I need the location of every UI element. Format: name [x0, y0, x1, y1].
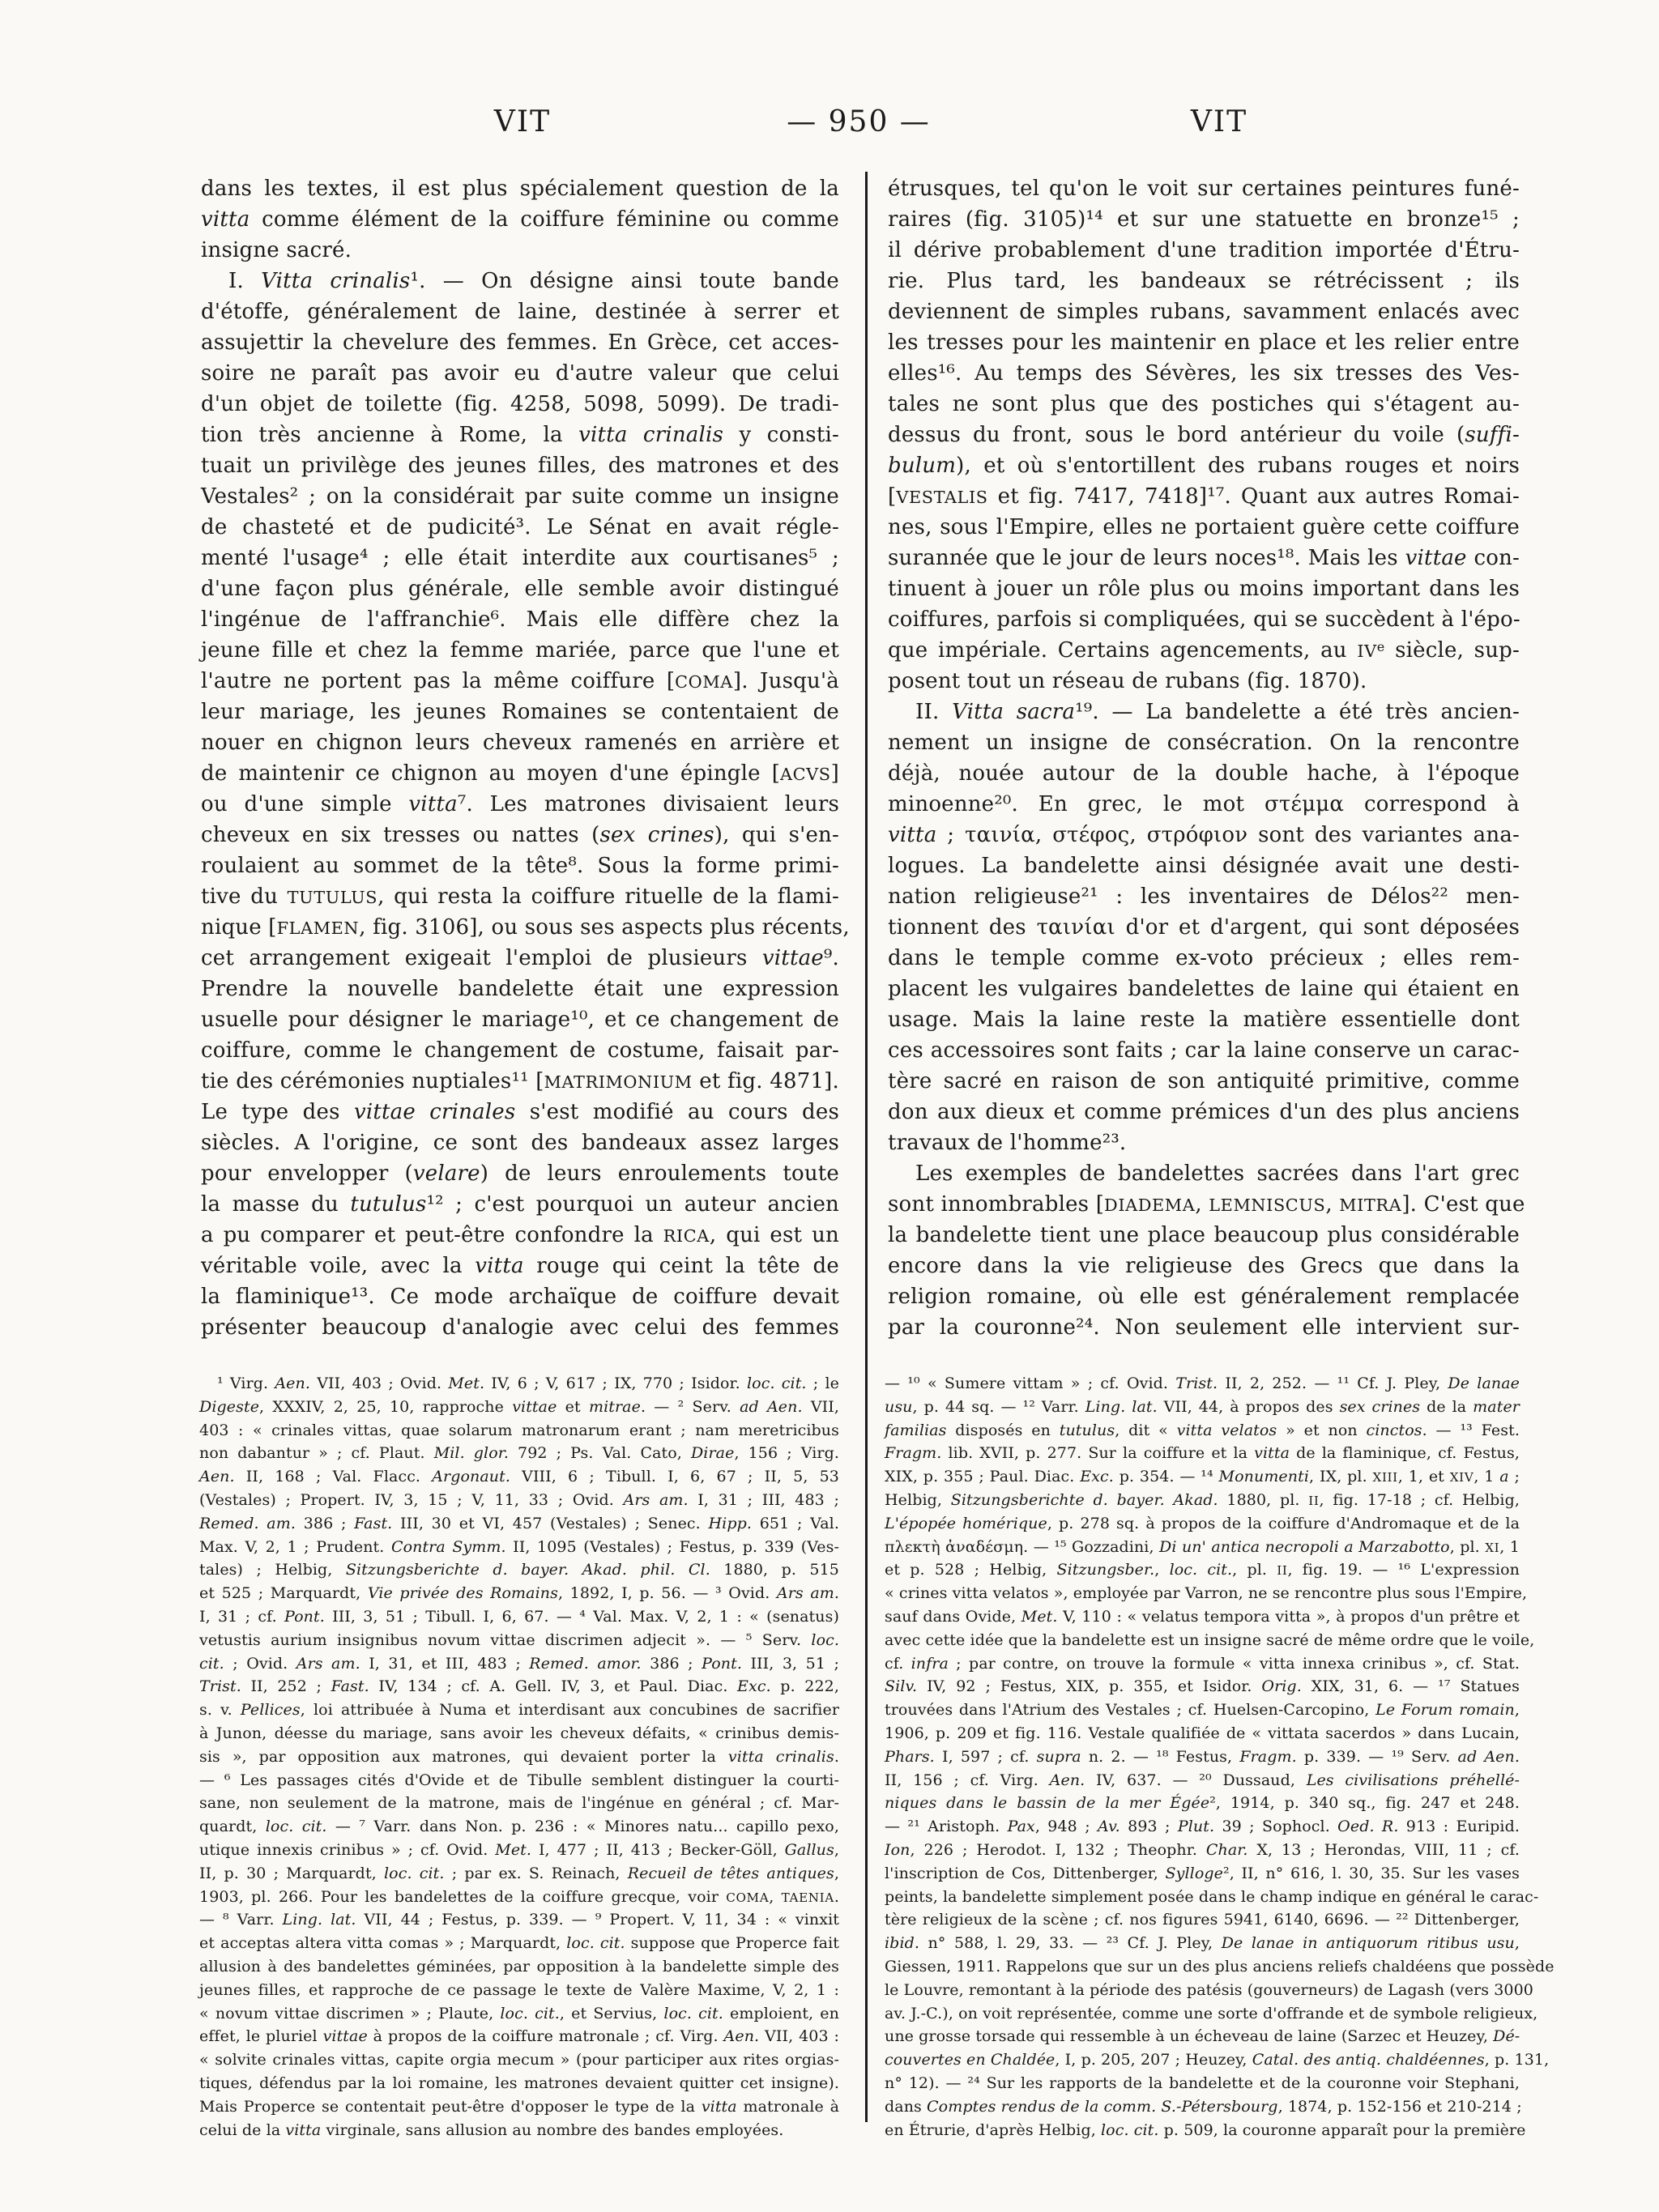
- text-line: allusion à des bandelettes géminées, par…: [199, 1955, 839, 1979]
- text-line: et 525 ; Marquardt, Vie privée des Romai…: [199, 1582, 839, 1605]
- text-line: la masse du tutulus¹² ; c'est pourquoi u…: [201, 1189, 839, 1220]
- text-line: Trist. II, 252 ; Fast. IV, 134 ; cf. A. …: [199, 1675, 839, 1698]
- text-line: 1906, p. 209 et fig. 116. Vestale qualif…: [885, 1722, 1520, 1745]
- text-line: Fragm. lib. XVII, p. 277. Sur la coiffur…: [885, 1442, 1520, 1465]
- text-line: en Étrurie, d'après Helbig, loc. cit. p.…: [885, 2119, 1520, 2142]
- text-line: Giessen, 1911. Rappelons que sur un des …: [885, 1955, 1520, 1979]
- running-title-right: VIT: [1146, 105, 1292, 139]
- text-line: tion très ancienne à Rome, la vitta crin…: [201, 420, 839, 450]
- text-line: d'étoffe, généralement de laine, destiné…: [201, 296, 839, 327]
- text-line: usu, p. 44 sq. — ¹² Varr. Ling. lat. VII…: [885, 1396, 1520, 1419]
- text-line: I. Vitta crinalis¹. — On désigne ainsi t…: [201, 266, 839, 296]
- text-line: tiques, défendus par la loi romaine, les…: [199, 2072, 839, 2095]
- text-line: L'épopée homérique, p. 278 sq. à propos …: [885, 1512, 1520, 1536]
- text-line: d'un objet de toilette (fig. 4258, 5098,…: [201, 389, 839, 420]
- text-line: II, p. 30 ; Marquardt, loc. cit. ; par e…: [199, 1862, 839, 1886]
- text-line: siècles. A l'origine, ce sont des bandea…: [201, 1127, 839, 1158]
- text-line: deviennent de simples rubans, savamment …: [888, 296, 1520, 327]
- text-line: sauf dans Ovide, Met. V, 110 : « velatus…: [885, 1605, 1520, 1629]
- text-line: 403 : « crinales vittas, quae solarum ma…: [199, 1419, 839, 1443]
- text-line: logues. La bandelette ainsi désignée ava…: [888, 850, 1520, 881]
- text-line: le Louvre, remontant à la période des pa…: [885, 1979, 1520, 2002]
- text-line: cf. infra ; par contre, on trouve la for…: [885, 1652, 1520, 1676]
- text-line: dans les textes, il est plus spécialemen…: [201, 173, 839, 204]
- body-column-right: étrusques, tel qu'on le voit sur certain…: [888, 173, 1520, 1343]
- text-line: dans Comptes rendus de la comm. S.-Péter…: [885, 2095, 1520, 2119]
- text-line: quardt, loc. cit. — ⁷ Varr. dans Non. p.…: [199, 1815, 839, 1839]
- text-line: posent tout un réseau de rubans (fig. 18…: [888, 666, 1520, 697]
- text-line: Remed. am. 386 ; Fast. III, 30 et VI, 45…: [199, 1512, 839, 1536]
- text-line: Le type des vittae crinales s'est modifi…: [201, 1097, 839, 1127]
- text-line: usage. Mais la laine reste la matière es…: [888, 1004, 1520, 1035]
- text-line: et acceptas altera vitta comas » ; Marqu…: [199, 1932, 839, 1955]
- text-line: coiffure, comme le changement de costume…: [201, 1035, 839, 1066]
- text-line: Les exemples de bandelettes sacrées dans…: [888, 1158, 1520, 1189]
- text-line: et p. 528 ; Helbig, Sitzungsber., loc. c…: [885, 1558, 1520, 1582]
- text-line: présenter beaucoup d'analogie avec celui…: [201, 1312, 839, 1343]
- text-line: ces accessoires sont faits ; car la lain…: [888, 1035, 1520, 1066]
- text-line: trouvées dans l'Atrium des Vestales ; cf…: [885, 1698, 1520, 1722]
- text-line: roulaient au sommet de la tête⁸. Sous la…: [201, 850, 839, 881]
- text-line: tales ne sont plus que des postiches qui…: [888, 389, 1520, 420]
- text-line: de chasteté et de pudicité³. Le Sénat en…: [201, 512, 839, 543]
- text-line: II. Vitta sacra¹⁹. — La bandelette a été…: [888, 697, 1520, 727]
- text-line: [VESTALIS et fig. 7417, 7418]¹⁷. Quant a…: [888, 481, 1520, 512]
- text-line: sane, non seulement de la matrone, mais …: [199, 1792, 839, 1815]
- text-line: elles¹⁶. Au temps des Sévères, les six t…: [888, 358, 1520, 389]
- text-line: la bandelette tient une place beaucoup p…: [888, 1220, 1520, 1251]
- text-line: n° 12). — ²⁴ Sur les rapports de la band…: [885, 2072, 1520, 2095]
- text-line: s. v. Pellices, loi attribuée à Numa et …: [199, 1698, 839, 1722]
- text-line: de maintenir ce chignon au moyen d'une é…: [201, 758, 839, 789]
- text-line: ou d'une simple vitta⁷. Les matrones div…: [201, 789, 839, 820]
- text-line: vitta comme élément de la coiffure fémin…: [201, 204, 839, 235]
- text-line: II, 156 ; cf. Virg. Aen. IV, 637. — ²⁰ D…: [885, 1769, 1520, 1792]
- text-line: tuait un privilège des jeunes filles, de…: [201, 450, 839, 481]
- text-line: tive du TUTULUS, qui resta la coiffure r…: [201, 881, 839, 912]
- text-line: pour envelopper (velare) de leurs enroul…: [201, 1158, 839, 1189]
- text-line: jeune fille et chez la femme mariée, par…: [201, 635, 839, 666]
- text-line: Helbig, Sitzungsberichte d. bayer. Akad.…: [885, 1489, 1520, 1512]
- text-line: Silv. IV, 92 ; Festus, XIX, p. 355, et I…: [885, 1675, 1520, 1698]
- text-line: jeunes filles, et rapproche de ce passag…: [199, 1979, 839, 2002]
- text-line: Prendre la nouvelle bandelette était une…: [201, 974, 839, 1004]
- text-line: 1903, pl. 266. Pour les bandelettes de l…: [199, 1886, 839, 1909]
- text-line: assujettir la chevelure des femmes. En G…: [201, 327, 839, 358]
- text-line: par la couronne²⁴. Non seulement elle in…: [888, 1312, 1520, 1343]
- text-line: tie des cérémonies nuptiales¹¹ [MATRIMON…: [201, 1066, 839, 1097]
- text-line: insigne sacré.: [201, 235, 839, 266]
- text-line: tinuent à jouer un rôle plus ou moins im…: [888, 573, 1520, 604]
- text-line: il dérive probablement d'une tradition i…: [888, 235, 1520, 266]
- text-line: dans le temple comme ex-voto précieux ; …: [888, 943, 1520, 974]
- text-line: cit. ; Ovid. Ars am. I, 31, et III, 483 …: [199, 1652, 839, 1676]
- text-line: d'une façon plus générale, elle semble a…: [201, 573, 839, 604]
- text-line: Digeste, XXXIV, 2, 25, 10, rapproche vit…: [199, 1396, 839, 1419]
- text-line: minoenne²⁰. En grec, le mot στέμμα corre…: [888, 789, 1520, 820]
- text-line: à Junon, déesse du mariage, sans avoir l…: [199, 1722, 839, 1745]
- text-line: « novum vittae discrimen » ; Plaute, loc…: [199, 2002, 839, 2026]
- text-line: non dabantur » ; cf. Plaut. Mil. glor. 7…: [199, 1442, 839, 1465]
- text-line: πλεκτὴ ἀναδέσμη. — ¹⁵ Gozzadini, Di un' …: [885, 1536, 1520, 1559]
- text-line: Mais Properce se contentait peut-être d'…: [199, 2095, 839, 2119]
- text-line: encore dans la vie religieuse des Grecs …: [888, 1251, 1520, 1281]
- text-line: Aen. II, 168 ; Val. Flacc. Argonaut. VII…: [199, 1465, 839, 1489]
- text-line: placent les vulgaires bandelettes de lai…: [888, 974, 1520, 1004]
- text-line: « solvite crinales vittas, capite orgia …: [199, 2048, 839, 2072]
- text-line: tales) ; Helbig, Sitzungsberichte d. bay…: [199, 1558, 839, 1582]
- text-line: « crines vitta velatos », employée par V…: [885, 1582, 1520, 1605]
- page-number: — 950 —: [749, 105, 968, 139]
- text-line: vetustis aurium insignibus novum vittae …: [199, 1629, 839, 1652]
- text-line: surannée que le jour de leurs noces¹⁸. M…: [888, 543, 1520, 573]
- text-line: — ⁶ Les passages cités d'Ovide et de Tib…: [199, 1769, 839, 1792]
- text-line: religion romaine, où elle est généraleme…: [888, 1281, 1520, 1312]
- text-line: tère religieux de la scène ; cf. nos fig…: [885, 1908, 1520, 1932]
- text-line: Max. V, 2, 1 ; Prudent. Contra Symm. II,…: [199, 1536, 839, 1559]
- text-line: peints, la bandelette simplement posée d…: [885, 1886, 1520, 1909]
- text-line: I, 31 ; cf. Pont. III, 3, 51 ; Tibull. I…: [199, 1605, 839, 1629]
- dictionary-page: VIT — 950 — VIT dans les textes, il est …: [0, 0, 1659, 2212]
- body-column-left: dans les textes, il est plus spécialemen…: [201, 173, 839, 1343]
- text-line: travaux de l'homme²³.: [888, 1127, 1520, 1158]
- text-line: — ⁸ Varr. Ling. lat. VII, 44 ; Festus, p…: [199, 1908, 839, 1932]
- text-line: l'autre ne portent pas la même coiffure …: [201, 666, 839, 697]
- text-line: bulum), et où s'entortillent des rubans …: [888, 450, 1520, 481]
- text-line: usuelle pour désigner le mariage¹⁰, et c…: [201, 1004, 839, 1035]
- text-line: don aux dieux et comme prémices d'un des…: [888, 1097, 1520, 1127]
- text-line: dessus du front, sous le bord antérieur …: [888, 420, 1520, 450]
- text-line: menté l'usage⁴ ; elle était interdite au…: [201, 543, 839, 573]
- text-line: celui de la vitta virginale, sans allusi…: [199, 2119, 839, 2142]
- text-line: nouer en chignon leurs cheveux ramenés e…: [201, 727, 839, 758]
- text-line: que impériale. Certains agencements, au …: [888, 635, 1520, 666]
- text-line: soire ne paraît pas avoir eu d'autre val…: [201, 358, 839, 389]
- running-title-left: VIT: [450, 105, 595, 139]
- footnotes-column-left: ¹ Virg. Aen. VII, 403 ; Ovid. Met. IV, 6…: [199, 1372, 839, 2142]
- text-line: Vestales² ; on la considérait par suite …: [201, 481, 839, 512]
- text-line: nes, sous l'Empire, elles ne portaient g…: [888, 512, 1520, 543]
- text-line: a pu comparer et peut-être confondre la …: [201, 1220, 839, 1251]
- text-line: (Vestales) ; Propert. IV, 3, 15 ; V, 11,…: [199, 1489, 839, 1512]
- text-line: une grosse torsade qui ressemble à un éc…: [885, 2025, 1520, 2048]
- text-line: véritable voile, avec la vitta rouge qui…: [201, 1251, 839, 1281]
- text-line: utique innexis crinibus » ; cf. Ovid. Me…: [199, 1839, 839, 1862]
- text-line: la flaminique¹³. Ce mode archaïque de co…: [201, 1281, 839, 1312]
- text-line: l'ingénue de l'affranchie⁶. Mais elle di…: [201, 604, 839, 635]
- text-line: raires (fig. 3105)¹⁴ et sur une statuett…: [888, 204, 1520, 235]
- text-line: les tresses pour les maintenir en place …: [888, 327, 1520, 358]
- text-line: nique [FLAMEN, fig. 3106], ou sous ses a…: [201, 912, 839, 943]
- text-line: l'inscription de Cos, Dittenberger, Syll…: [885, 1862, 1520, 1886]
- text-line: couvertes en Chaldée, I, p. 205, 207 ; H…: [885, 2048, 1520, 2072]
- text-line: Phars. I, 597 ; cf. supra n. 2. — ¹⁸ Fes…: [885, 1745, 1520, 1769]
- text-line: — ¹⁰ « Sumere vittam » ; cf. Ovid. Trist…: [885, 1372, 1520, 1396]
- text-line: av. J.-C.), on voit représentée, comme u…: [885, 2002, 1520, 2026]
- text-line: tionnent des ταινίαι d'or et d'argent, q…: [888, 912, 1520, 943]
- text-line: Ion, 226 ; Herodot. I, 132 ; Theophr. Ch…: [885, 1839, 1520, 1862]
- text-line: leur mariage, les jeunes Romaines se con…: [201, 697, 839, 727]
- text-line: avec cette idée que la bandelette est un…: [885, 1629, 1520, 1652]
- text-line: cheveux en six tresses ou nattes (sex cr…: [201, 820, 839, 850]
- text-line: nement un insigne de consécration. On la…: [888, 727, 1520, 758]
- text-line: niques dans le bassin de la mer Égée², 1…: [885, 1792, 1520, 1815]
- text-line: tère sacré en raison de son antiquité pr…: [888, 1066, 1520, 1097]
- text-line: sont innombrables [DIADEMA, LEMNISCUS, M…: [888, 1189, 1520, 1220]
- text-line: rie. Plus tard, les bandeaux se rétrécis…: [888, 266, 1520, 296]
- text-line: nation religieuse²¹ : les inventaires de…: [888, 881, 1520, 912]
- text-line: ibid. n° 588, l. 29, 33. — ²³ Cf. J. Ple…: [885, 1932, 1520, 1955]
- text-line: sis », par opposition aux matrones, qui …: [199, 1745, 839, 1769]
- text-line: cet arrangement exigeait l'emploi de plu…: [201, 943, 839, 974]
- text-line: étrusques, tel qu'on le voit sur certain…: [888, 173, 1520, 204]
- text-line: effet, le pluriel vittae à propos de la …: [199, 2025, 839, 2048]
- text-line: XIX, p. 355 ; Paul. Diac. Exc. p. 354. —…: [885, 1465, 1520, 1489]
- text-line: — ²¹ Aristoph. Pax, 948 ; Av. 893 ; Plut…: [885, 1815, 1520, 1839]
- text-line: ¹ Virg. Aen. VII, 403 ; Ovid. Met. IV, 6…: [199, 1372, 839, 1396]
- text-line: coiffures, parfois si compliquées, qui s…: [888, 604, 1520, 635]
- text-line: vitta ; ταινία, στέφος, στρόφιον sont de…: [888, 820, 1520, 850]
- text-line: déjà, nouée autour de la double hache, à…: [888, 758, 1520, 789]
- footnotes-column-right: — ¹⁰ « Sumere vittam » ; cf. Ovid. Trist…: [885, 1372, 1520, 2142]
- text-line: familias disposés en tutulus, dit « vitt…: [885, 1419, 1520, 1443]
- column-divider-rule: [865, 172, 868, 2122]
